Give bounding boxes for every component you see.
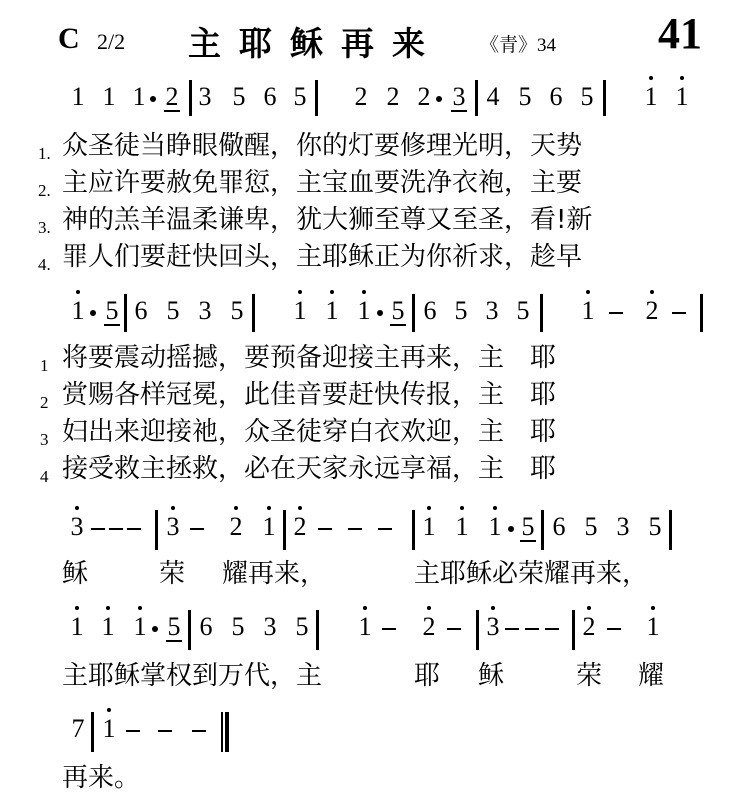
note-high: 1 xyxy=(67,612,87,642)
duration-dash xyxy=(378,528,392,530)
duration-dash xyxy=(190,528,204,530)
barline xyxy=(412,294,415,332)
lyric-line: 将要震动摇撼，要预备迎接主再来，主 耶 xyxy=(62,342,556,374)
barline xyxy=(476,610,479,650)
barline xyxy=(188,610,191,650)
barline xyxy=(316,610,319,650)
time-signature: 2/2 xyxy=(97,29,125,55)
note: 5 xyxy=(515,82,535,112)
note: 5 xyxy=(451,296,471,326)
note-high: 1 xyxy=(485,512,505,542)
note: 2 xyxy=(162,82,182,112)
note-high: 1 xyxy=(354,296,374,326)
note: 6 xyxy=(260,82,280,112)
note: 3 xyxy=(613,512,633,542)
lyric-syllable: 稣 xyxy=(62,558,88,590)
lyric-syllable: 荣 xyxy=(576,660,602,692)
lyric-syllable: 主耶稣掌权到万代，主 xyxy=(62,660,322,692)
barline xyxy=(603,80,606,116)
verse-number: 3 xyxy=(40,430,49,450)
duration-dash xyxy=(109,528,123,530)
barline xyxy=(315,80,318,116)
note-high: 1 xyxy=(643,612,663,642)
lyric-line: 主应许要赦免罪愆，主宝血要洗净衣袍，主要 xyxy=(62,167,582,199)
note-high: 1 xyxy=(259,512,279,542)
duration-dash xyxy=(525,628,539,630)
note: 5 xyxy=(163,296,183,326)
verse-number: 4. xyxy=(38,255,51,275)
note-high: 2 xyxy=(419,612,439,642)
note: 3 xyxy=(260,612,280,642)
note-high: 1 xyxy=(99,714,119,744)
note: 7 xyxy=(68,714,88,744)
note-high: 2 xyxy=(642,296,662,326)
note-high: 1 xyxy=(641,82,661,112)
note-high: 1 xyxy=(68,296,88,326)
note: 5 xyxy=(518,512,538,542)
note-high: 2 xyxy=(579,612,599,642)
lyric-line: 罪人们要赶快回头，主耶稣正为你祈求，趁早 xyxy=(62,241,582,273)
note: 5 xyxy=(388,296,408,326)
barline xyxy=(412,510,415,550)
duration-dash xyxy=(126,730,140,732)
augmentation-dot xyxy=(150,96,156,102)
note-high: 1 xyxy=(98,612,118,642)
hymn-source: 《青》34 xyxy=(480,30,556,57)
note-high: 1 xyxy=(419,512,439,542)
lyric-syllable: 稣 xyxy=(478,660,504,692)
final-barline-thick xyxy=(225,712,229,752)
duration-dash xyxy=(607,628,621,630)
barline xyxy=(540,294,543,332)
duration-dash xyxy=(127,528,141,530)
barline xyxy=(155,510,158,550)
note: 5 xyxy=(227,296,247,326)
duration-dash xyxy=(318,528,332,530)
duration-dash xyxy=(192,730,206,732)
augmentation-dot xyxy=(508,526,514,532)
augmentation-dot xyxy=(436,96,442,102)
duration-dash xyxy=(672,312,686,314)
note-high: 1 xyxy=(452,512,472,542)
verse-number: 4 xyxy=(40,467,49,487)
duration-dash xyxy=(348,528,362,530)
note: 2 xyxy=(414,82,434,112)
note: 6 xyxy=(420,296,440,326)
note: 3 xyxy=(482,296,502,326)
barline xyxy=(189,80,192,116)
note-high: 1 xyxy=(322,296,342,326)
barline xyxy=(252,294,255,332)
note: 1 xyxy=(68,82,88,112)
note: 5 xyxy=(290,82,310,112)
note-high: 1 xyxy=(290,296,310,326)
verse-number: 1 xyxy=(40,356,49,376)
duration-dash xyxy=(91,528,105,530)
lyric-line: 众圣徒当睁眼儆醒，你的灯要修理光明，天势 xyxy=(62,130,582,162)
note: 5 xyxy=(513,296,533,326)
note: 5 xyxy=(164,612,184,642)
verse-number: 1. xyxy=(38,144,51,164)
note: 6 xyxy=(546,82,566,112)
note-high: 2 xyxy=(226,512,246,542)
note: 1 xyxy=(129,82,149,112)
duration-dash xyxy=(505,628,519,630)
augmentation-dot xyxy=(377,310,383,316)
note: 6 xyxy=(131,296,151,326)
note: 5 xyxy=(577,82,597,112)
note-high: 1 xyxy=(355,612,375,642)
note: 3 xyxy=(449,82,469,112)
barline xyxy=(475,80,478,116)
note: 3 xyxy=(195,296,215,326)
barline xyxy=(91,712,94,752)
lyric-syllable: 主耶稣必荣耀再来， xyxy=(414,558,648,590)
duration-dash xyxy=(545,628,559,630)
lyric-line: 妇出来迎接祂，众圣徒穿白衣欢迎，主 耶 xyxy=(62,416,556,448)
lyric-line: 接受救主拯救，必在天家永远享福，主 耶 xyxy=(62,453,556,485)
key-signature: C xyxy=(58,22,80,56)
duration-dash xyxy=(382,628,396,630)
note: 6 xyxy=(196,612,216,642)
note: 5 xyxy=(645,512,665,542)
note-high: 2 xyxy=(290,512,310,542)
note: 2 xyxy=(351,82,371,112)
duration-dash xyxy=(158,730,172,732)
note: 1 xyxy=(99,82,119,112)
barline xyxy=(541,510,544,550)
note-high: 1 xyxy=(130,612,150,642)
note-high: 1 xyxy=(672,82,692,112)
lyric-syllable: 耶 xyxy=(414,660,440,692)
barline xyxy=(700,294,703,332)
note: 5 xyxy=(229,82,249,112)
barline xyxy=(124,294,127,332)
lyric-syllable: 耀再来， xyxy=(222,558,326,590)
note: 5 xyxy=(581,512,601,542)
barline xyxy=(283,510,286,550)
hymn-number: 41 xyxy=(658,8,702,59)
lyric-syllable: 荣 xyxy=(159,558,185,590)
lyric-line: 赏赐各样冠冕，此佳音要赶快传报，主 耶 xyxy=(62,379,556,411)
note: 2 xyxy=(383,82,403,112)
verse-number: 2 xyxy=(40,393,49,413)
note-high: 1 xyxy=(578,296,598,326)
lyric-syllable: 耀 xyxy=(638,660,664,692)
hymn-title: 主耶稣再来 xyxy=(188,18,443,65)
augmentation-dot xyxy=(90,310,96,316)
note-high: 3 xyxy=(483,612,503,642)
duration-dash xyxy=(447,628,461,630)
barline xyxy=(669,510,672,550)
lyric-line: 神的羔羊温柔谦卑，犹大狮至尊又至圣，看!新 xyxy=(62,204,592,236)
duration-dash xyxy=(609,312,623,314)
augmentation-dot xyxy=(152,626,158,632)
verse-number: 3. xyxy=(38,218,51,238)
lyric-syllable: 再来。 xyxy=(62,762,140,794)
final-barline-thin xyxy=(221,712,223,752)
note: 3 xyxy=(195,82,215,112)
note-high: 3 xyxy=(67,512,87,542)
note: 5 xyxy=(292,612,312,642)
barline xyxy=(572,610,575,650)
note: 4 xyxy=(483,82,503,112)
note: 5 xyxy=(228,612,248,642)
note: 5 xyxy=(102,296,122,326)
note: 6 xyxy=(549,512,569,542)
verse-number: 2. xyxy=(38,181,51,201)
note-high: 3 xyxy=(163,512,183,542)
